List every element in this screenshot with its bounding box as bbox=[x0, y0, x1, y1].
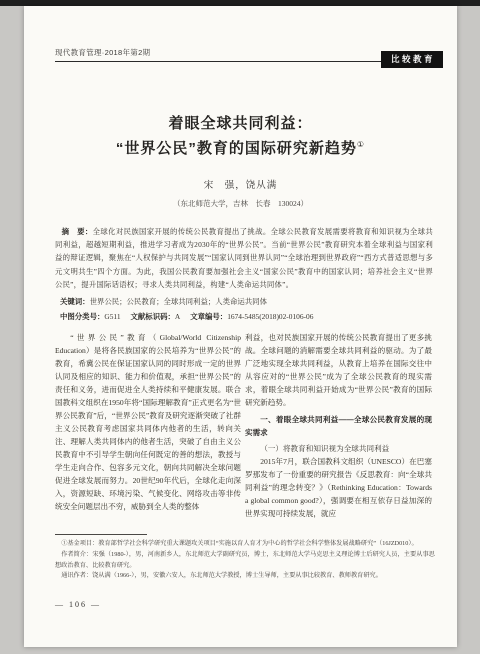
keywords-label: 关键词： bbox=[60, 297, 90, 306]
affiliation-line: （东北师范大学，吉林 长春 130024） bbox=[24, 198, 457, 209]
body-paragraph-continued: 利益，也对民族国家开展的传统公民教育提出了更多挑战。全球问题的消解需要全球共同利… bbox=[245, 331, 432, 409]
title-footnote-mark: ① bbox=[357, 140, 365, 149]
body-paragraph: 2015年7月，联合国教科文组织（UNESCO）在巴塞罗那发布了一份重要的研究报… bbox=[245, 455, 432, 520]
footnote-funding: ①基金项目：教育部哲学社会科学研究重大课题攻关项目“实施以育人育才为中心的哲学社… bbox=[55, 539, 435, 550]
footnote-separator bbox=[55, 534, 147, 535]
article-title-line2: “世界公民”教育的国际研究新趋势 bbox=[116, 140, 357, 157]
article-no-label: 文章编号： bbox=[190, 312, 227, 321]
keywords-text: 世界公民；公民教育；全球共同利益；人类命运共同体 bbox=[90, 297, 267, 306]
page-header: 现代教育管理·2018年第2期 比较教育 bbox=[55, 42, 443, 62]
body-paragraph: “世界公民”教育（Global/World Citizenship Educat… bbox=[55, 331, 241, 513]
article-no-value: 1674-5485(2018)02-0106-06 bbox=[227, 312, 313, 321]
section-heading: 一、着眼全球共同利益——全球公民教育发展的现实需求 bbox=[245, 413, 432, 439]
classification-line: 中图分类号：G511文献标识码：A文章编号：1674-5485(2018)02-… bbox=[55, 310, 433, 323]
journal-title: 现代教育管理·2018年第2期 bbox=[55, 47, 150, 58]
clc-label: 中图分类号： bbox=[60, 312, 104, 321]
footnote-author-bio: 作者简介：宋强（1980-），男，河南新乡人，东北师范大学副研究员，博士，东北师… bbox=[55, 550, 435, 572]
authors-line: 宋 强，饶从满 bbox=[24, 177, 457, 191]
subsection-heading: （一）将教育和知识视为全球共同利益 bbox=[245, 442, 432, 455]
clc-value: G511 bbox=[104, 312, 120, 321]
footnote-corresponding-author: 通讯作者：饶从满（1966-），男，安徽六安人，东北师范大学教授，博士生导师，主… bbox=[55, 571, 435, 582]
doc-code-value: A bbox=[175, 312, 180, 321]
abstract-paragraph: 摘 要：全球化对民族国家开展的传统公民教育提出了挑战。全球公民教育发展需要将教育… bbox=[55, 225, 433, 291]
article-title: 着眼全球共同利益： “世界公民”教育的国际研究新趋势① bbox=[24, 113, 457, 159]
keywords-line: 关键词：世界公民；公民教育；全球共同利益；人类命运共同体 bbox=[55, 295, 433, 308]
footnotes-block: ①基金项目：教育部哲学社会科学研究重大课题攻关项目“实施以育人育才为中心的哲学社… bbox=[55, 539, 435, 582]
body-column-left: “世界公民”教育（Global/World Citizenship Educat… bbox=[55, 331, 241, 513]
abstract-label: 摘 要： bbox=[62, 227, 93, 236]
page-number: — 106 — bbox=[55, 600, 101, 609]
doc-code-label: 文献标识码： bbox=[131, 312, 175, 321]
body-column-right: 利益，也对民族国家开展的传统公民教育提出了更多挑战。全球问题的消解需要全球共同利… bbox=[245, 331, 432, 520]
section-badge: 比较教育 bbox=[381, 51, 443, 68]
article-title-line1: 着眼全球共同利益： bbox=[168, 115, 312, 132]
journal-page: 现代教育管理·2018年第2期 比较教育 着眼全球共同利益： “世界公民”教育的… bbox=[24, 6, 457, 647]
abstract-text: 全球化对民族国家开展的传统公民教育提出了挑战。全球公民教育发展需要将教育和知识视… bbox=[55, 227, 433, 289]
